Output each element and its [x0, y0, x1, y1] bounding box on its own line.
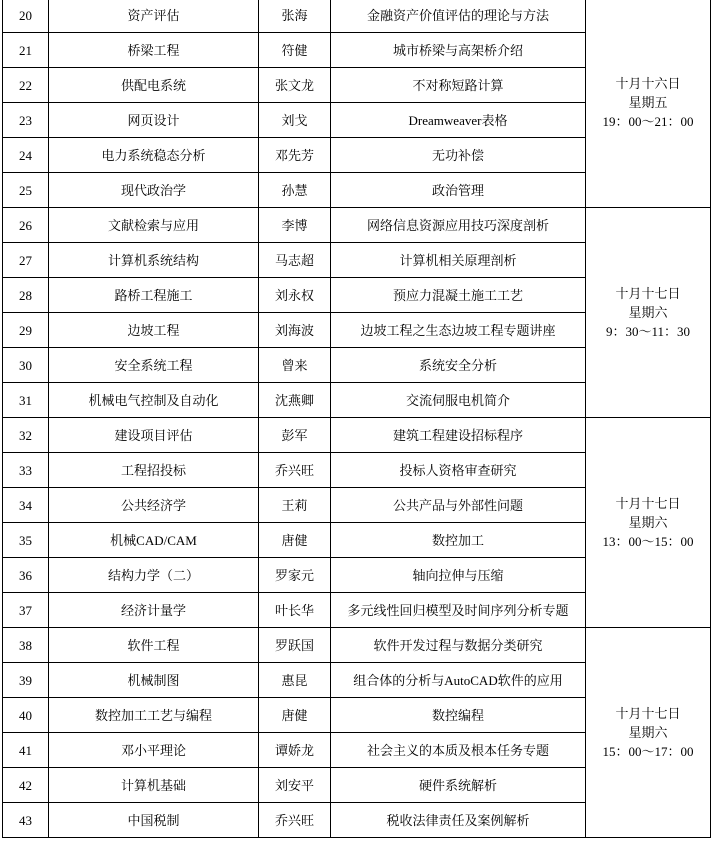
- topic-cell: Dreamweaver表格: [331, 103, 586, 138]
- row-number-cell: 31: [3, 383, 49, 418]
- topic-cell: 多元线性回归模型及时间序列分析专题: [331, 593, 586, 628]
- course-cell: 电力系统稳态分析: [49, 138, 259, 173]
- topic-cell: 金融资产价值评估的理论与方法: [331, 0, 586, 33]
- row-number-cell: 28: [3, 278, 49, 313]
- row-number-cell: 20: [3, 0, 49, 33]
- row-number-cell: 27: [3, 243, 49, 278]
- teacher-cell: 符健: [259, 33, 331, 68]
- row-number-cell: 23: [3, 103, 49, 138]
- row-number-cell: 36: [3, 558, 49, 593]
- row-number-cell: 43: [3, 803, 49, 838]
- course-cell: 路桥工程施工: [49, 278, 259, 313]
- session-weekday: 星期六: [586, 303, 710, 322]
- topic-cell: 边坡工程之生态边坡工程专题讲座: [331, 313, 586, 348]
- table-row: 20 资产评估 张海 金融资产价值评估的理论与方法 十月十六日 星期五 19：0…: [3, 0, 711, 33]
- session-time: 13：00～15：00: [586, 532, 710, 551]
- topic-cell: 轴向拉伸与压缩: [331, 558, 586, 593]
- teacher-cell: 唐健: [259, 523, 331, 558]
- topic-cell: 社会主义的本质及根本任务专题: [331, 733, 586, 768]
- row-number-cell: 33: [3, 453, 49, 488]
- session-weekday: 星期五: [586, 93, 710, 112]
- course-cell: 中国税制: [49, 803, 259, 838]
- topic-cell: 系统安全分析: [331, 348, 586, 383]
- topic-cell: 公共产品与外部性问题: [331, 488, 586, 523]
- course-cell: 边坡工程: [49, 313, 259, 348]
- row-number-cell: 35: [3, 523, 49, 558]
- topic-cell: 预应力混凝土施工工艺: [331, 278, 586, 313]
- table-row: 26 文献检索与应用 李博 网络信息资源应用技巧深度剖析 十月十七日 星期六 9…: [3, 208, 711, 243]
- row-number-cell: 42: [3, 768, 49, 803]
- course-cell: 供配电系统: [49, 68, 259, 103]
- course-cell: 桥梁工程: [49, 33, 259, 68]
- session-weekday: 星期六: [586, 513, 710, 532]
- course-cell: 计算机基础: [49, 768, 259, 803]
- topic-cell: 建筑工程建设招标程序: [331, 418, 586, 453]
- topic-cell: 数控编程: [331, 698, 586, 733]
- session-cell: 十月十七日 星期六 9：30～11：30: [586, 208, 711, 418]
- teacher-cell: 刘海波: [259, 313, 331, 348]
- row-number-cell: 21: [3, 33, 49, 68]
- course-cell: 经济计量学: [49, 593, 259, 628]
- topic-cell: 不对称短路计算: [331, 68, 586, 103]
- teacher-cell: 张文龙: [259, 68, 331, 103]
- teacher-cell: 唐健: [259, 698, 331, 733]
- teacher-cell: 张海: [259, 0, 331, 33]
- course-cell: 邓小平理论: [49, 733, 259, 768]
- session-cell: 十月十七日 星期六 15：00～17：00: [586, 628, 711, 838]
- topic-cell: 组合体的分析与AutoCAD软件的应用: [331, 663, 586, 698]
- session-cell: 十月十七日 星期六 13：00～15：00: [586, 418, 711, 628]
- session-date: 十月十七日: [586, 284, 710, 303]
- topic-cell: 城市桥梁与高架桥介绍: [331, 33, 586, 68]
- topic-cell: 软件开发过程与数据分类研究: [331, 628, 586, 663]
- course-cell: 现代政治学: [49, 173, 259, 208]
- topic-cell: 政治管理: [331, 173, 586, 208]
- topic-cell: 计算机相关原理剖析: [331, 243, 586, 278]
- course-cell: 资产评估: [49, 0, 259, 33]
- course-schedule-table: 20 资产评估 张海 金融资产价值评估的理论与方法 十月十六日 星期五 19：0…: [2, 0, 711, 838]
- row-number-cell: 41: [3, 733, 49, 768]
- session-cell: 十月十六日 星期五 19：00～21：00: [586, 0, 711, 208]
- row-number-cell: 24: [3, 138, 49, 173]
- teacher-cell: 马志超: [259, 243, 331, 278]
- course-cell: 文献检索与应用: [49, 208, 259, 243]
- topic-cell: 网络信息资源应用技巧深度剖析: [331, 208, 586, 243]
- teacher-cell: 刘戈: [259, 103, 331, 138]
- teacher-cell: 李博: [259, 208, 331, 243]
- course-cell: 结构力学（二）: [49, 558, 259, 593]
- topic-cell: 税收法律责任及案例解析: [331, 803, 586, 838]
- session-time: 9：30～11：30: [586, 322, 710, 341]
- session-date: 十月十七日: [586, 704, 710, 723]
- course-cell: 工程招投标: [49, 453, 259, 488]
- session-date: 十月十七日: [586, 494, 710, 513]
- teacher-cell: 乔兴旺: [259, 453, 331, 488]
- session-weekday: 星期六: [586, 723, 710, 742]
- topic-cell: 硬件系统解析: [331, 768, 586, 803]
- course-cell: 公共经济学: [49, 488, 259, 523]
- course-cell: 机械电气控制及自动化: [49, 383, 259, 418]
- teacher-cell: 叶长华: [259, 593, 331, 628]
- topic-cell: 投标人资格审查研究: [331, 453, 586, 488]
- session-date: 十月十六日: [586, 74, 710, 93]
- course-cell: 软件工程: [49, 628, 259, 663]
- teacher-cell: 谭娇龙: [259, 733, 331, 768]
- course-cell: 机械CAD/CAM: [49, 523, 259, 558]
- row-number-cell: 29: [3, 313, 49, 348]
- row-number-cell: 37: [3, 593, 49, 628]
- course-cell: 数控加工工艺与编程: [49, 698, 259, 733]
- teacher-cell: 沈燕卿: [259, 383, 331, 418]
- topic-cell: 无功补偿: [331, 138, 586, 173]
- session-time: 15：00～17：00: [586, 742, 710, 761]
- row-number-cell: 40: [3, 698, 49, 733]
- teacher-cell: 孙慧: [259, 173, 331, 208]
- schedule-page: 20 资产评估 张海 金融资产价值评估的理论与方法 十月十六日 星期五 19：0…: [0, 0, 712, 841]
- course-cell: 网页设计: [49, 103, 259, 138]
- topic-cell: 数控加工: [331, 523, 586, 558]
- row-number-cell: 25: [3, 173, 49, 208]
- row-number-cell: 22: [3, 68, 49, 103]
- row-number-cell: 26: [3, 208, 49, 243]
- course-cell: 安全系统工程: [49, 348, 259, 383]
- teacher-cell: 乔兴旺: [259, 803, 331, 838]
- session-time: 19：00～21：00: [586, 112, 710, 131]
- row-number-cell: 32: [3, 418, 49, 453]
- teacher-cell: 彭军: [259, 418, 331, 453]
- row-number-cell: 39: [3, 663, 49, 698]
- teacher-cell: 刘永权: [259, 278, 331, 313]
- topic-cell: 交流伺服电机简介: [331, 383, 586, 418]
- course-cell: 建设项目评估: [49, 418, 259, 453]
- teacher-cell: 曾来: [259, 348, 331, 383]
- course-cell: 计算机系统结构: [49, 243, 259, 278]
- table-row: 32 建设项目评估 彭军 建筑工程建设招标程序 十月十七日 星期六 13：00～…: [3, 418, 711, 453]
- teacher-cell: 邓先芳: [259, 138, 331, 173]
- teacher-cell: 王莉: [259, 488, 331, 523]
- row-number-cell: 34: [3, 488, 49, 523]
- teacher-cell: 罗跃国: [259, 628, 331, 663]
- teacher-cell: 罗家元: [259, 558, 331, 593]
- row-number-cell: 38: [3, 628, 49, 663]
- teacher-cell: 刘安平: [259, 768, 331, 803]
- course-cell: 机械制图: [49, 663, 259, 698]
- teacher-cell: 惠昆: [259, 663, 331, 698]
- table-row: 38 软件工程 罗跃国 软件开发过程与数据分类研究 十月十七日 星期六 15：0…: [3, 628, 711, 663]
- row-number-cell: 30: [3, 348, 49, 383]
